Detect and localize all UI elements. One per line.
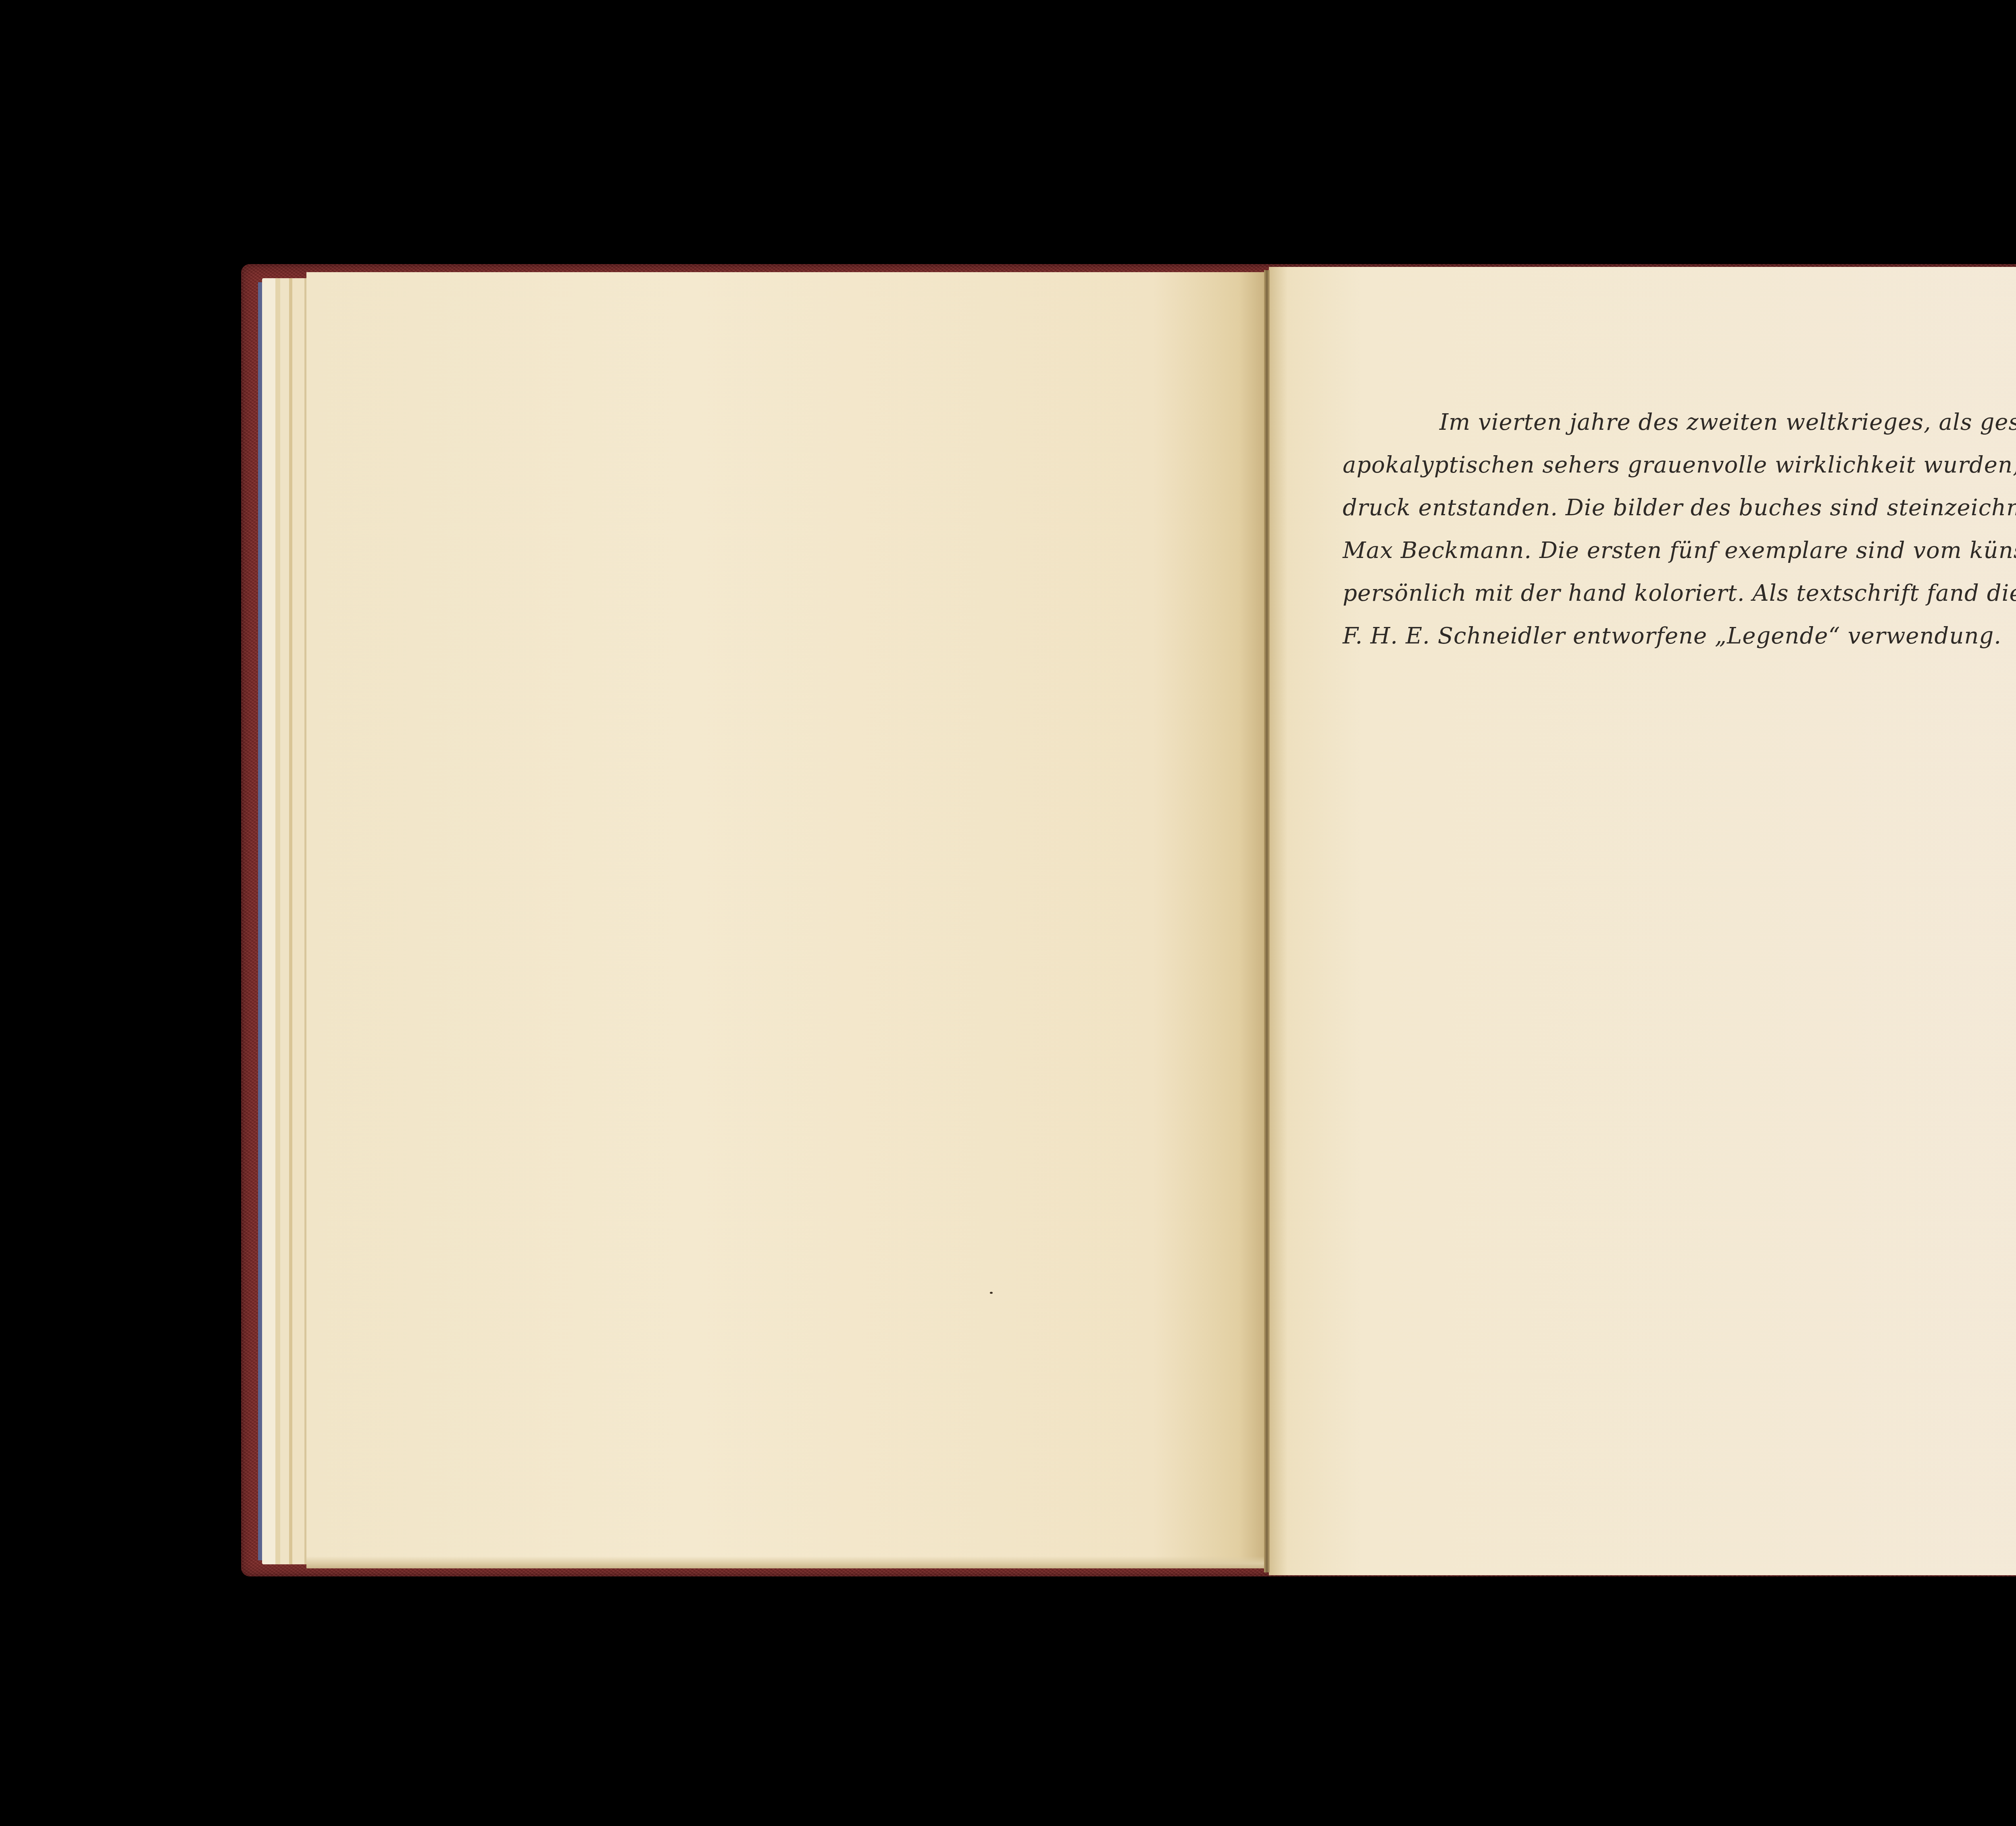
left-page <box>306 272 1268 1568</box>
colophon-line: F. H. E. Schneidler entworfene „Legende“… <box>1343 615 1988 658</box>
colophon-text: Im vierten jahre des zweiten weltkrieges… <box>1343 401 1988 658</box>
colophon-line: druck entstanden. Die bilder des buches … <box>1343 487 1988 529</box>
left-page-bottom-edge <box>306 1556 1268 1568</box>
colophon-line: Im vierten jahre des zweiten weltkrieges… <box>1343 401 1988 444</box>
paper-speck <box>990 1292 993 1294</box>
book-gutter <box>1264 270 1270 1572</box>
colophon-line: apokalyptischen sehers grauenvolle wirkl… <box>1343 444 1988 487</box>
colophon-line: persönlich mit der hand koloriert. Als t… <box>1343 572 1988 615</box>
colophon-line: Max Beckmann. Die ersten fünf exemplare … <box>1343 529 1988 572</box>
